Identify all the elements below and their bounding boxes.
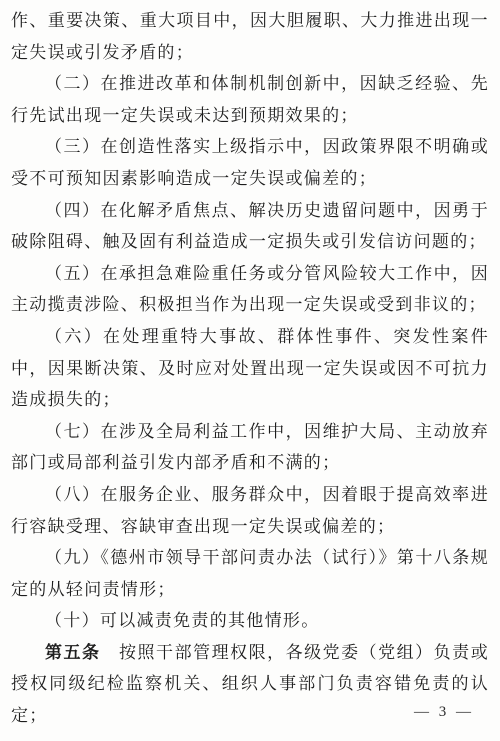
page-number: — 3 — bbox=[414, 697, 474, 729]
paragraph-item-6: （六）在处理重特大事故、群体性事件、突发性案件中，因果断决策、及时应对处置出现一… bbox=[11, 321, 489, 416]
paragraph-continuation: 作、重要决策、重大项目中，因大胆履职、大力推进出现一定失误或引发矛盾的； bbox=[11, 5, 489, 68]
article-5-label: 第五条 bbox=[45, 643, 101, 662]
document-page: 作、重要决策、重大项目中，因大胆履职、大力推进出现一定失误或引发矛盾的； （二）… bbox=[0, 0, 500, 741]
paragraph-item-7: （七）在涉及全局利益工作中，因维护大局、主动放弃部门或局部利益引发内部矛盾和不满… bbox=[11, 416, 489, 479]
paragraph-item-9: （九）《德州市领导干部问责办法（试行）》第十八条规定的从轻问责情形； bbox=[11, 542, 489, 605]
paragraph-item-8: （八）在服务企业、服务群众中，因着眼于提高效率进行容缺受理、容缺审查出现一定失误… bbox=[11, 479, 489, 542]
paragraph-item-3: （三）在创造性落实上级指示中，因政策界限不明确或受不可预知因素影响造成一定失误或… bbox=[11, 131, 489, 194]
paragraph-item-4: （四）在化解矛盾焦点、解决历史遗留问题中，因勇于破除阻碍、触及固有利益造成一定损… bbox=[11, 195, 489, 258]
paragraph-item-10: （十）可以减责免责的其他情形。 bbox=[11, 605, 489, 637]
paragraph-item-5: （五）在承担急难险重任务或分管风险较大工作中，因主动揽责涉险、积极担当作为出现一… bbox=[11, 258, 489, 321]
paragraph-item-2: （二）在推进改革和体制机制创新中，因缺乏经验、先行先试出现一定失误或未达到预期效… bbox=[11, 68, 489, 131]
